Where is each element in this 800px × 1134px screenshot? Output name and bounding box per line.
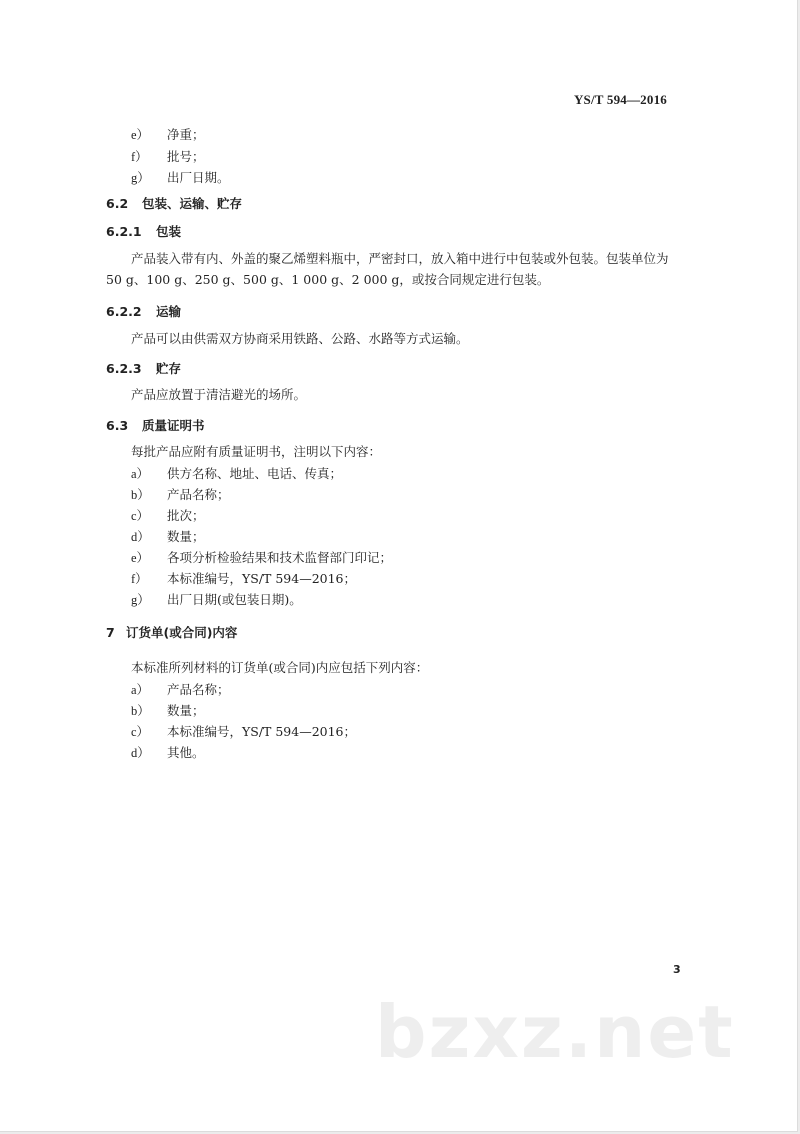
list-item-label: c）: [131, 509, 167, 524]
list-item: g）出厂日期。: [131, 170, 230, 186]
list-item: b）产品名称；: [131, 487, 230, 503]
list-item-text: 数量；: [167, 529, 205, 544]
document-page: YS/T 594—2016 e）净重； f）批号； g）出厂日期。 6.2包装、…: [0, 0, 798, 1132]
list-item: d）其他。: [131, 745, 205, 761]
list-item-text: 数量；: [167, 703, 205, 718]
paragraph: 每批产品应附有质量证明书，注明以下内容：: [131, 444, 381, 459]
watermark: bzxz.net: [375, 990, 735, 1074]
list-item-label: b）: [131, 488, 167, 503]
list-item-label: d）: [131, 530, 167, 545]
standard-number: YS/T 594—2016: [574, 92, 667, 108]
section-heading-6-2: 6.2包装、运输、贮存: [106, 194, 242, 212]
list-item: a）产品名称；: [131, 682, 230, 698]
list-item: f）本标准编号，YS/T 594—2016；: [131, 571, 356, 587]
list-item: e）各项分析检验结果和技术监督部门印记；: [131, 550, 392, 566]
list-item-text: 净重；: [167, 127, 205, 142]
list-item: e）净重；: [131, 127, 205, 143]
list-item-label: f）: [131, 150, 167, 165]
list-item-label: a）: [131, 683, 167, 698]
section-heading-6-3: 6.3质量证明书: [106, 416, 205, 434]
section-heading-6-2-2: 6.2.2运输: [106, 302, 181, 320]
section-number: 6.2.2: [106, 304, 156, 319]
section-number: 6.2: [106, 196, 142, 211]
section-number: 6.2.1: [106, 224, 156, 239]
list-item-label: d）: [131, 746, 167, 761]
list-item-text: 各项分析检验结果和技术监督部门印记；: [167, 550, 392, 565]
list-item: a）供方名称、地址、电话、传真；: [131, 466, 342, 482]
list-item: c）批次；: [131, 508, 205, 524]
list-item-label: a）: [131, 467, 167, 482]
list-item: d）数量；: [131, 529, 205, 545]
section-title: 运输: [156, 304, 181, 319]
list-item: f）批号；: [131, 149, 205, 165]
section-heading-7: 7订货单(或合同)内容: [106, 623, 237, 641]
paragraph: 产品装入带有内、外盖的聚乙烯塑料瓶中，严密封口，放入箱中进行中包装或外包装。包装…: [131, 251, 669, 266]
list-item-label: c）: [131, 725, 167, 740]
section-title: 贮存: [156, 361, 181, 376]
list-item-text: 批号；: [167, 149, 205, 164]
section-title: 包装、运输、贮存: [142, 196, 242, 211]
page-number: 3: [673, 963, 681, 976]
list-item-text: 其他。: [167, 745, 205, 760]
paragraph: 产品可以由供需双方协商采用铁路、公路、水路等方式运输。: [131, 331, 469, 346]
section-number: 6.2.3: [106, 361, 156, 376]
list-item-text: 本标准编号，YS/T 594—2016；: [167, 571, 356, 586]
list-item-text: 出厂日期(或包装日期)。: [167, 592, 302, 607]
list-item-label: b）: [131, 704, 167, 719]
paragraph: 50 g、100 g、250 g、500 g、1 000 g、2 000 g，或…: [106, 272, 549, 287]
section-heading-6-2-1: 6.2.1包装: [106, 222, 181, 240]
section-title: 包装: [156, 224, 181, 239]
list-item: c）本标准编号，YS/T 594—2016；: [131, 724, 356, 740]
list-item: b）数量；: [131, 703, 205, 719]
list-item-label: e）: [131, 128, 167, 143]
list-item-label: e）: [131, 551, 167, 566]
list-item-text: 出厂日期。: [167, 170, 230, 185]
list-item-text: 产品名称；: [167, 487, 230, 502]
section-number: 7: [106, 625, 126, 640]
section-number: 6.3: [106, 418, 142, 433]
list-item-label: g）: [131, 171, 167, 186]
section-title: 订货单(或合同)内容: [126, 625, 237, 640]
list-item-text: 产品名称；: [167, 682, 230, 697]
section-heading-6-2-3: 6.2.3贮存: [106, 359, 181, 377]
list-item-text: 本标准编号，YS/T 594—2016；: [167, 724, 356, 739]
list-item: g）出厂日期(或包装日期)。: [131, 592, 302, 608]
section-title: 质量证明书: [142, 418, 205, 433]
paragraph: 本标准所列材料的订货单(或合同)内应包括下列内容：: [131, 660, 428, 675]
list-item-label: f）: [131, 572, 167, 587]
list-item-label: g）: [131, 593, 167, 608]
paragraph: 产品应放置于清洁避光的场所。: [131, 387, 306, 402]
list-item-text: 批次；: [167, 508, 205, 523]
list-item-text: 供方名称、地址、电话、传真；: [167, 466, 342, 481]
